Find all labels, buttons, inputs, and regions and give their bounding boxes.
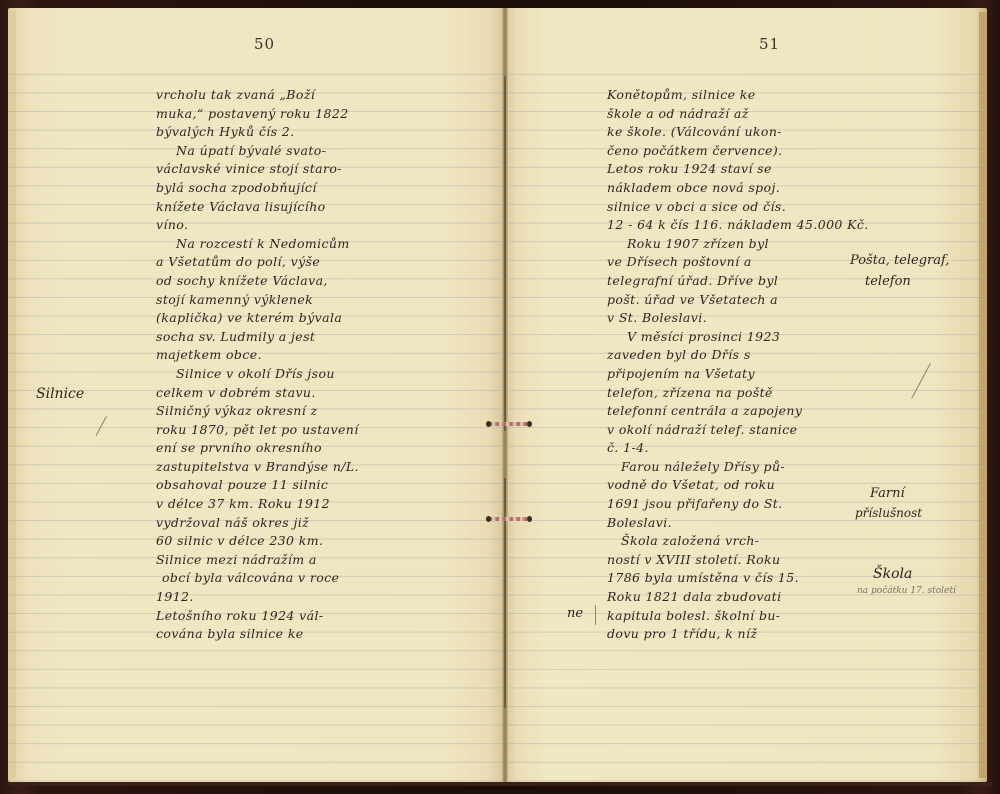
text-line: bývalých Hyků čís 2. [156,123,359,142]
text-line: Boleslavi. [607,514,869,533]
text-line: 1786 byla umístěna v čís 15. [607,569,869,588]
text-line: telefonní centrála a zapojeny [607,402,869,421]
text-line: zaveden byl do Dřís s [607,346,869,365]
text-line: 1691 jsou přifařeny do St. [607,495,869,514]
text-line: připojením na Všetaty [607,365,869,384]
text-line: socha sv. Ludmily a jest [156,328,359,347]
text-line: ení se prvního okresního [156,439,359,458]
text-line: Na rozcestí k Nedomicům [156,235,359,254]
margin-note-farni: Farní [870,486,905,501]
binding-thread [504,478,506,708]
text-line: muka,“ postavený roku 1822 [156,105,359,124]
text-line: celkem v dobrém stavu. [156,384,359,403]
margin-bracket [595,605,596,625]
text-line: stojí kamenný výklenek [156,291,359,310]
text-line: pošt. úřad ve Všetatech a [607,291,869,310]
text-line: zastupitelstva v Brandýse n/L. [156,458,359,477]
text-line: vydržoval náš okres již [156,514,359,533]
text-line: vodně do Všetat, od roku [607,476,869,495]
text-line: knížete Václava lisujícího [156,198,359,217]
margin-note-silnice: Silnice [36,386,84,402]
text-line: 1912. [156,588,359,607]
text-line: Konětopům, silnice ke [607,86,869,105]
text-line: od sochy knížete Václava, [156,272,359,291]
left-page: 50 Silnice vrcholu tak zvaná „Boží muka,… [8,8,505,782]
text-line: (kaplička) ve kterém bývala [156,309,359,328]
margin-note-prislusnost: příslušnost [855,506,922,520]
text-line: 60 silnic v délce 230 km. [156,532,359,551]
text-line: ve Dřísech poštovní a [607,253,869,272]
text-line: Letos roku 1924 staví se [607,160,869,179]
text-line: Silničný výkaz okresní z [156,402,359,421]
text-line: roku 1870, pět let po ustavení [156,421,359,440]
page-number: 51 [759,35,780,53]
right-page-text: Konětopům, silnice ke škole a od nádraží… [607,86,869,644]
stitch [488,422,530,426]
text-line: v délce 37 km. Roku 1912 [156,495,359,514]
text-line: cována byla silnice ke [156,625,359,644]
text-line: bylá socha zpodobňující [156,179,359,198]
stitch [488,517,530,521]
text-line: silnice v obci a sice od čís. [607,198,869,217]
text-line: Roku 1821 dala zbudovati [607,588,869,607]
text-line: víno. [156,216,359,235]
page-number: 50 [254,35,275,53]
text-line: ke škole. (Válcování ukon- [607,123,869,142]
book-bottom-edge [8,782,992,786]
binding-thread [504,76,506,431]
text-line: Roku 1907 zřízen byl [607,235,869,254]
text-line: a Všetatům do polí, výše [156,253,359,272]
right-page: 51 Konětopům, silnice ke škole a od nádr… [505,8,987,782]
text-line: v St. Boleslavi. [607,309,869,328]
text-line: Na úpatí bývalé svato- [156,142,359,161]
text-line: vrcholu tak zvaná „Boží [156,86,359,105]
text-line: majetkem obce. [156,346,359,365]
text-line: Farou náležely Dřísy pů- [607,458,869,477]
text-line: škole a od nádraží až [607,105,869,124]
margin-note-telefon: telefon [865,274,911,289]
text-line: obcí byla válcována v roce [156,569,359,588]
text-line: obsahoval pouze 11 silnic [156,476,359,495]
open-book: 50 Silnice vrcholu tak zvaná „Boží muka,… [8,8,992,786]
text-line: 12 - 64 k čís 116. nákladem 45.000 Kč. [607,216,869,235]
text-line: kapitula bolesl. školní bu- [607,607,869,626]
text-line: telefon, zřízena na poště [607,384,869,403]
margin-note-ne: ne [567,606,583,621]
text-line: nákladem obce nová spoj. [607,179,869,198]
text-line: telegrafní úřad. Dříve byl [607,272,869,291]
text-line: Silnice v okolí Dřís jsou [156,365,359,384]
text-line: č. 1-4. [607,439,869,458]
margin-note-posta: Pošta, telegraf, [850,253,950,268]
text-line: V měsíci prosinci 1923 [607,328,869,347]
text-line: Letošního roku 1924 vál- [156,607,359,626]
text-line: čeno počátkem července). [607,142,869,161]
text-line: Škola založená vrch- [607,532,869,551]
text-line: v okolí nádraží telef. stanice [607,421,869,440]
pencil-note-17-century: na počátku 17. století [857,586,956,596]
text-line: Silnice mezi nádražím a [156,551,359,570]
text-line: václavské vinice stojí staro- [156,160,359,179]
margin-note-skola: Škola [873,566,912,582]
left-page-text: vrcholu tak zvaná „Boží muka,“ postavený… [156,86,359,644]
text-line: dovu pro 1 třídu, k níž [607,625,869,644]
text-line: ností v XVIII století. Roku [607,551,869,570]
